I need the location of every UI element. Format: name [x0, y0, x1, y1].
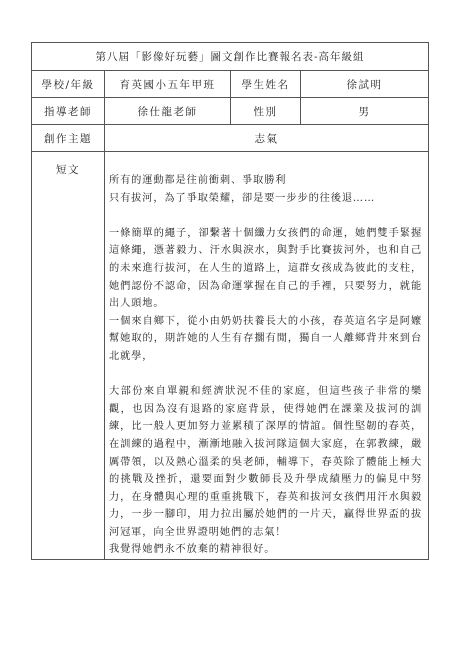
essay-paragraph: 我覺得她們永不放棄的精神很好。: [109, 541, 422, 559]
gender-label: 性別: [231, 98, 301, 125]
paragraph-gap: [109, 207, 422, 225]
registration-form-table: 第八屆「影像好玩藝」圖文創作比賽報名表-高年級組 學校/年級 育英國小五年甲班 …: [31, 42, 429, 560]
school-label: 學校/年級: [32, 71, 105, 98]
student-name-label: 學生姓名: [231, 71, 301, 98]
essay-label: 短文: [32, 152, 105, 560]
essay-paragraph: 一條簡單的繩子，卻繫著十個纖力女孩們的命運，她們雙手緊握這條繩，憑著毅力、汗水與…: [109, 225, 422, 313]
essay-paragraph: 只有拔河，為了爭取榮耀，卻是要一步步的往後退……: [109, 190, 422, 208]
theme-row: 創作主題 志氣: [32, 125, 429, 152]
paragraph-gap: [109, 366, 422, 384]
theme-label: 創作主題: [32, 125, 105, 152]
form-title: 第八屆「影像好玩藝」圖文創作比賽報名表-高年級組: [32, 43, 429, 71]
essay-row: 短文 所有的運動都是往前衝刺、爭取勝利 只有拔河，為了爭取榮耀，卻是要一步步的往…: [32, 152, 429, 560]
teacher-row: 指導老師 徐仕龍老師 性別 男: [32, 98, 429, 125]
essay-paragraph: 一個來自鄉下，從小由奶奶扶養長大的小孩，春英這名字是阿嬤幫她取的，期許她的人生有…: [109, 313, 422, 366]
teacher-label: 指導老師: [32, 98, 105, 125]
essay-paragraph: 大部份來自單親和經濟狀況不佳的家庭，但這些孩子非常的樂觀，也因為沒有退路的家庭背…: [109, 383, 422, 541]
essay-body: 所有的運動都是往前衝刺、爭取勝利 只有拔河，為了爭取榮耀，卻是要一步步的往後退……: [105, 152, 429, 560]
student-name-value: 徐試明: [301, 71, 429, 98]
school-value: 育英國小五年甲班: [105, 71, 231, 98]
title-row: 第八屆「影像好玩藝」圖文創作比賽報名表-高年級組: [32, 43, 429, 71]
theme-value: 志氣: [105, 125, 429, 152]
school-row: 學校/年級 育英國小五年甲班 學生姓名 徐試明: [32, 71, 429, 98]
essay-paragraph: 所有的運動都是往前衝刺、爭取勝利: [109, 172, 422, 190]
gender-value: 男: [301, 98, 429, 125]
teacher-value: 徐仕龍老師: [105, 98, 231, 125]
